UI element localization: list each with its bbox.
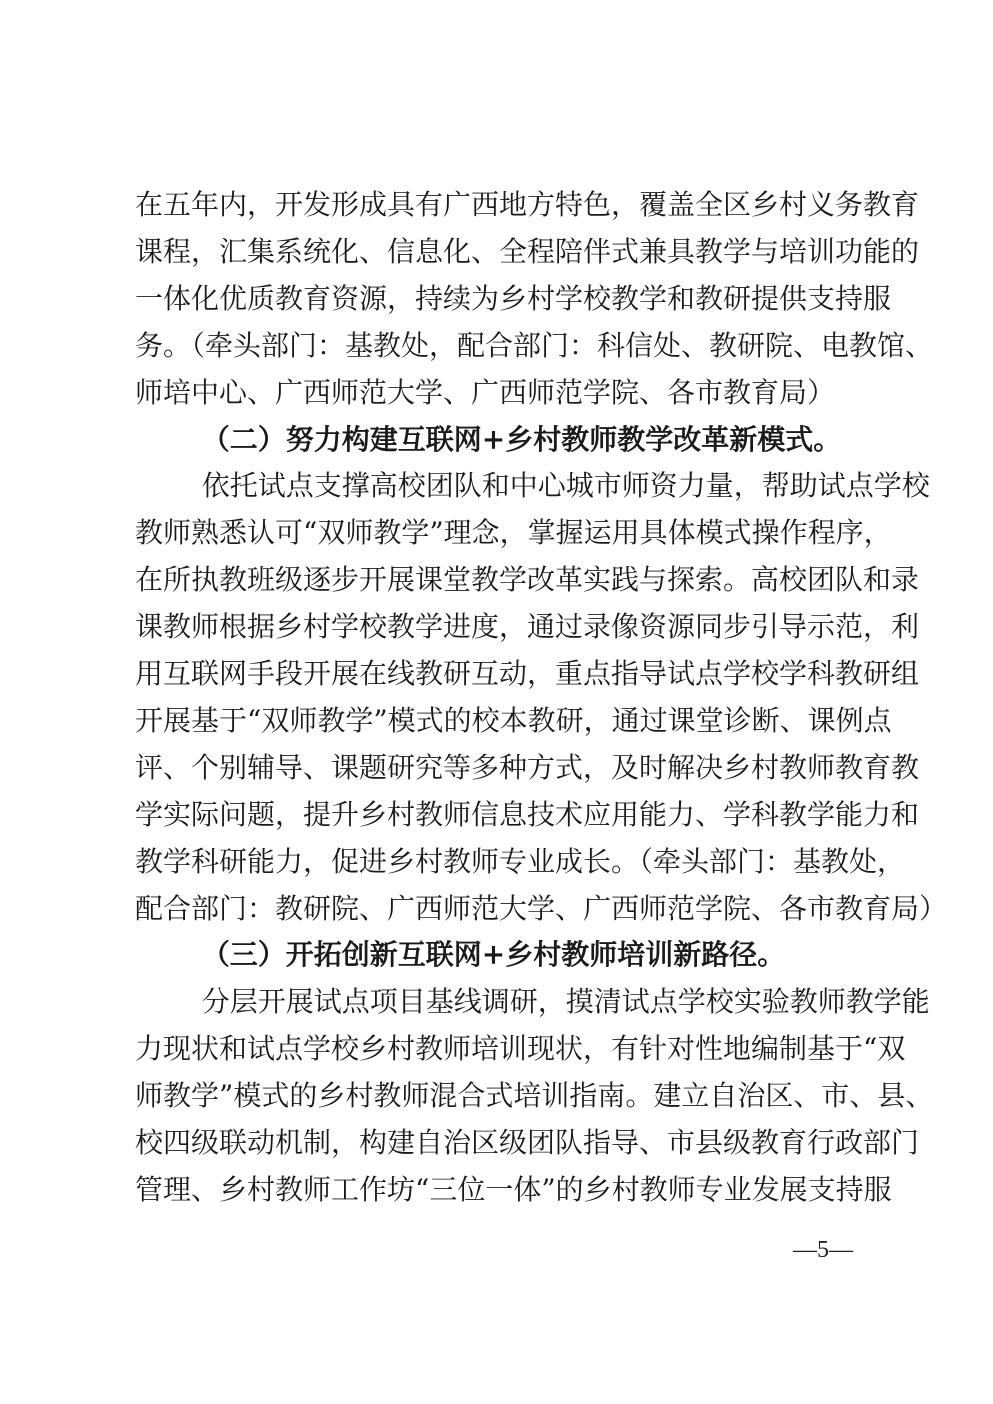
paragraph-line: 学实际问题，提升乡村教师信息技术应用能力、学科教学能力和 — [135, 798, 870, 832]
paragraph-line: 课程，汇集系统化、信息化、全程陪伴式兼具教学与培训功能的 — [135, 235, 870, 269]
paragraph-line: 校四级联动机制，构建自治区级团队指导、市县级教育行政部门 — [135, 1126, 870, 1160]
paragraph-line: 分层开展试点项目基线调研，摸清试点学校实验教师教学能 — [202, 985, 870, 1019]
paragraph-line: 评、个别辅导、课题研究等多种方式，及时解决乡村教师教育教 — [135, 751, 870, 785]
paragraph-line: 师培中心、广西师范大学、广西师范学院、各市教育局） — [135, 376, 870, 410]
section-heading: （三）开拓创新互联网+乡村教师培训新路径。 — [202, 938, 870, 972]
paragraph-line: 管理、乡村教师工作坊“三位一体”的乡村教师专业发展支持服 — [135, 1173, 870, 1207]
section-heading: （二）努力构建互联网+乡村教师教学改革新模式。 — [202, 423, 870, 457]
document-page: 在五年内，开发形成具有广西地方特色，覆盖全区乡村义务教育课程，汇集系统化、信息化… — [0, 0, 993, 1404]
paragraph-line: 师教学”模式的乡村教师混合式培训指南。建立自治区、市、县、 — [135, 1079, 870, 1113]
paragraph-line: 课教师根据乡村学校教学进度，通过录像资源同步引导示范，利 — [135, 610, 870, 644]
paragraph-line: 依托试点支撑高校团队和中心城市师资力量，帮助试点学校 — [202, 469, 870, 503]
paragraph-line: 一体化优质教育资源，持续为乡村学校教学和教研提供支持服 — [135, 282, 870, 316]
paragraph-line: 力现状和试点学校乡村教师培训现状，有针对性地编制基于“双 — [135, 1032, 870, 1066]
paragraph-line: 用互联网手段开展在线教研互动，重点指导试点学校学科教研组 — [135, 657, 870, 691]
paragraph-line: 务。（牵头部门：基教处，配合部门：科信处、教研院、电教馆、 — [135, 329, 870, 363]
paragraph-line: 配合部门：教研院、广西师范大学、广西师范学院、各市教育局） — [135, 892, 870, 926]
paragraph-line: 教学科研能力，促进乡村教师专业成长。（牵头部门：基教处， — [135, 845, 870, 879]
paragraph-line: 在所执教班级逐步开展课堂教学改革实践与探索。高校团队和录 — [135, 563, 870, 597]
paragraph-line: 在五年内，开发形成具有广西地方特色，覆盖全区乡村义务教育 — [135, 188, 870, 222]
paragraph-line: 开展基于“双师教学”模式的校本教研，通过课堂诊断、课例点 — [135, 704, 870, 738]
page-number: —5— — [790, 1236, 856, 1264]
paragraph-line: 教师熟悉认可“双师教学”理念，掌握运用具体模式操作程序， — [135, 516, 870, 550]
